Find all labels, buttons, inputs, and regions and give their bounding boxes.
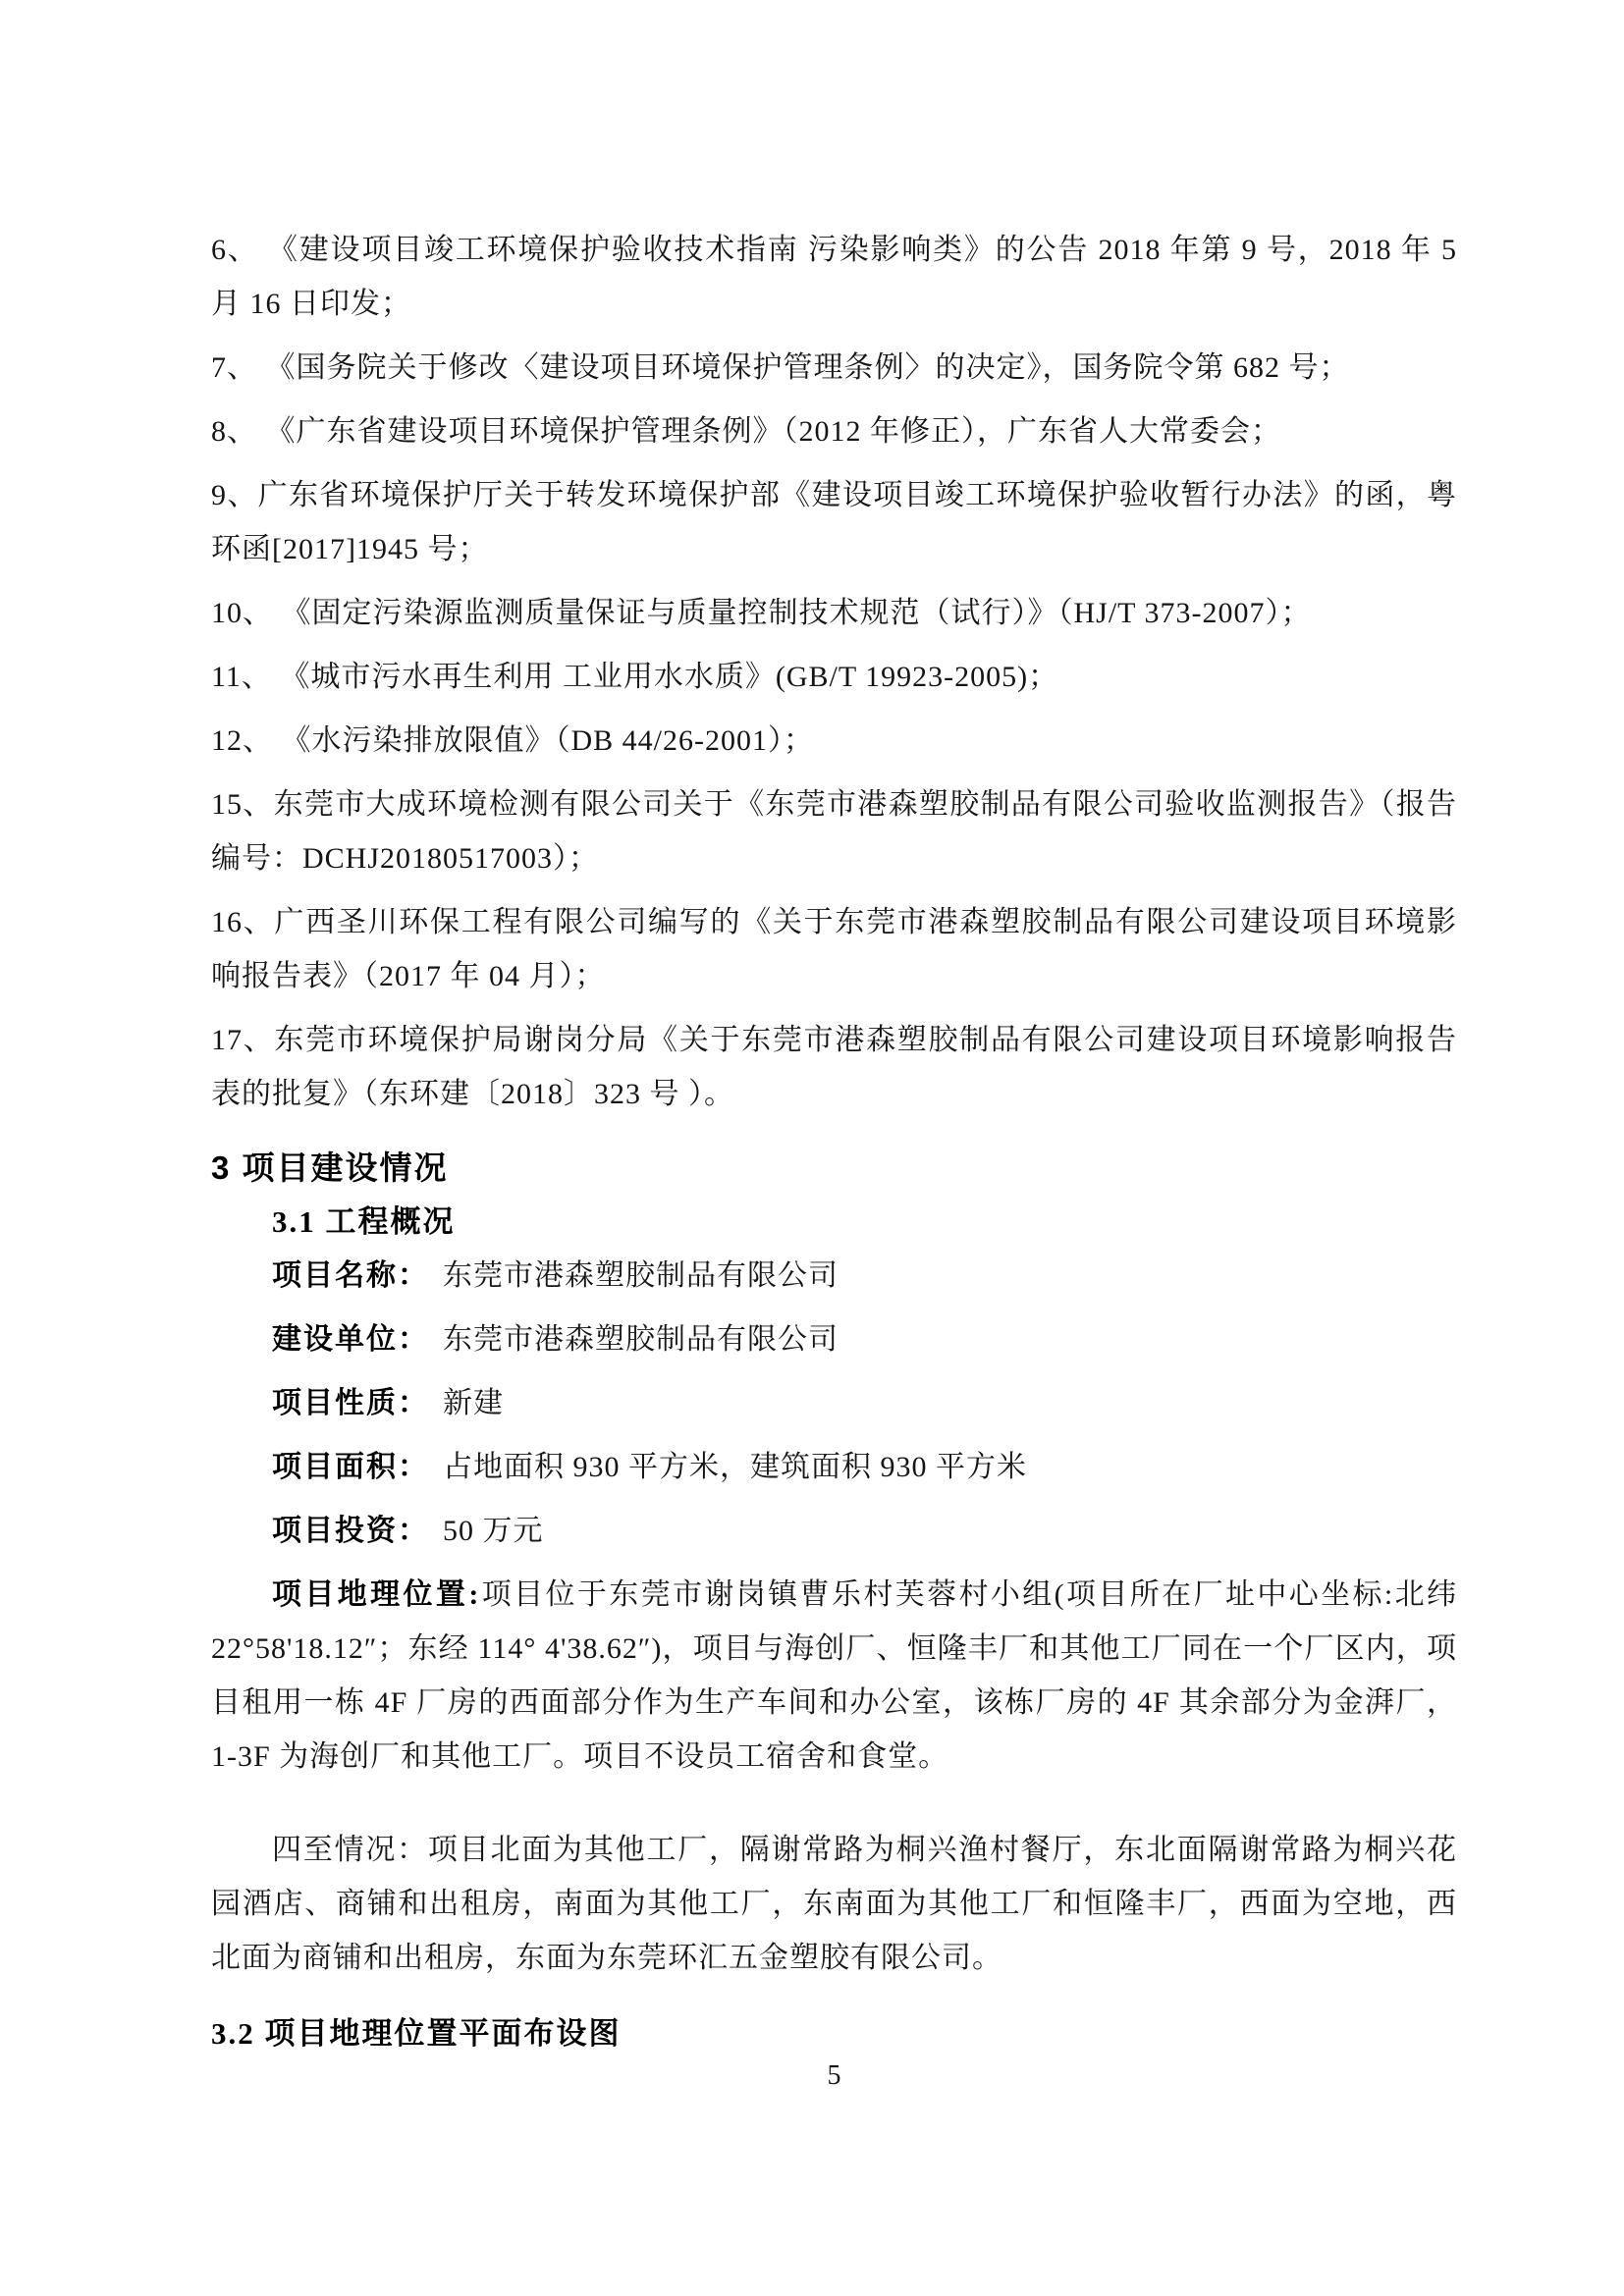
field-value: 50 万元 bbox=[443, 1515, 544, 1547]
field-row-project-name: 项目名称：东莞市港森塑胶制品有限公司 bbox=[272, 1249, 1457, 1303]
reference-item-7: 7、 《国务院关于修改〈建设项目环境保护管理条例〉的决定》，国务院令第 682 … bbox=[211, 341, 1457, 395]
surroundings-paragraph: 四至情况：项目北面为其他工厂，隔谢常路为桐兴渔村餐厅，东北面隔谢常路为桐兴花园酒… bbox=[211, 1823, 1457, 1985]
field-row-construction-unit: 建设单位：东莞市港森塑胶制品有限公司 bbox=[272, 1312, 1457, 1366]
document-page: 6、 《建设项目竣工环境保护验收技术指南 污染影响类》的公告 2018 年第 9… bbox=[0, 0, 1624, 2296]
reference-item-8: 8、 《广东省建设项目环境保护管理条例》（2012 年修正），广东省人大常委会； bbox=[211, 404, 1457, 458]
field-value: 东莞市港森塑胶制品有限公司 bbox=[443, 1259, 839, 1292]
field-row-project-area: 项目面积：占地面积 930 平方米，建筑面积 930 平方米 bbox=[272, 1440, 1457, 1494]
location-paragraph: 项目地理位置:项目位于东莞市谢岗镇曹乐村芙蓉村小组(项目所在厂址中心坐标:北纬 … bbox=[211, 1568, 1457, 1784]
field-value: 东莞市港森塑胶制品有限公司 bbox=[443, 1323, 839, 1356]
field-label: 建设单位： bbox=[272, 1323, 429, 1356]
field-value: 新建 bbox=[443, 1387, 504, 1419]
field-label: 项目性质： bbox=[272, 1387, 429, 1419]
section-3-2-heading: 3.2 项目地理位置平面布设图 bbox=[211, 2014, 1457, 2054]
field-value: 占地面积 930 平方米，建筑面积 930 平方米 bbox=[443, 1451, 1027, 1483]
section-3-heading: 3 项目建设情况 bbox=[211, 1141, 1457, 1195]
field-row-project-investment: 项目投资：50 万元 bbox=[272, 1504, 1457, 1558]
field-label: 项目投资： bbox=[272, 1515, 429, 1547]
section-3-1-heading: 3.1 工程概况 bbox=[272, 1195, 1457, 1249]
reference-item-10: 10、 《固定污染源监测质量保证与质量控制技术规范（试行）》（HJ/T 373-… bbox=[211, 586, 1457, 640]
reference-item-12: 12、 《水污染排放限值》（DB 44/26-2001）； bbox=[211, 714, 1457, 768]
page-number: 5 bbox=[211, 2059, 1457, 2093]
reference-item-11: 11、 《城市污水再生利用 工业用水水质》(GB/T 19923-2005)； bbox=[211, 650, 1457, 704]
field-row-project-nature: 项目性质：新建 bbox=[272, 1376, 1457, 1430]
reference-item-17: 17、东莞市环境保护局谢岗分局《关于东莞市港森塑胶制品有限公司建设项目环境影响报… bbox=[211, 1013, 1457, 1121]
reference-item-16: 16、广西圣川环保工程有限公司编写的《关于东莞市港森塑胶制品有限公司建设项目环境… bbox=[211, 895, 1457, 1003]
field-label: 项目面积： bbox=[272, 1451, 429, 1483]
field-label: 项目名称： bbox=[272, 1259, 429, 1292]
reference-item-6: 6、 《建设项目竣工环境保护验收技术指南 污染影响类》的公告 2018 年第 9… bbox=[211, 223, 1457, 331]
reference-item-9: 9、广东省环境保护厅关于转发环境保护部《建设项目竣工环境保护验收暂行办法》的函，… bbox=[211, 468, 1457, 576]
reference-item-15: 15、东莞市大成环境检测有限公司关于《东莞市港森塑胶制品有限公司验收监测报告》（… bbox=[211, 777, 1457, 885]
location-label: 项目地理位置: bbox=[272, 1578, 480, 1611]
